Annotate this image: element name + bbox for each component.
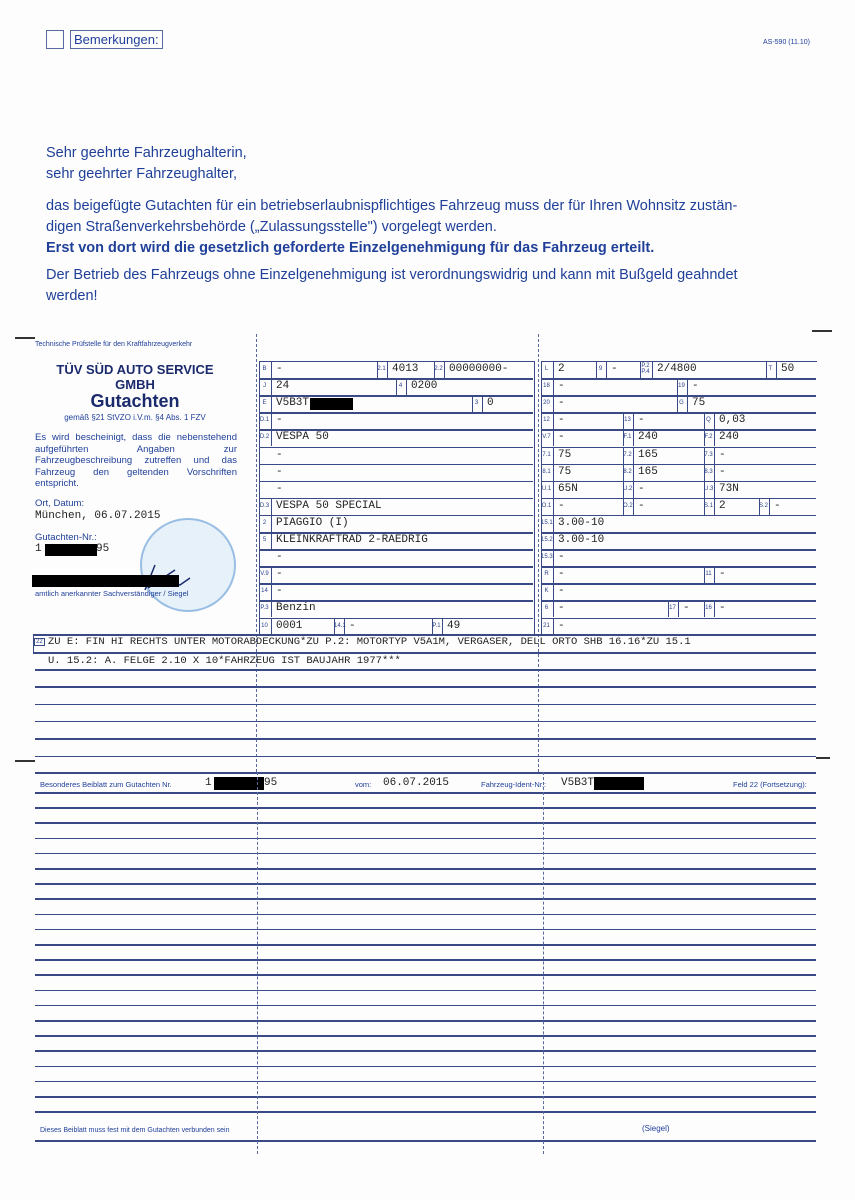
remarks-label: Bemerkungen: [70, 30, 163, 49]
supplement-title: Besonderes Beiblatt zum Gutachten Nr. [40, 780, 172, 789]
field-V-7-value[interactable]: - [558, 431, 565, 443]
field-S-2-value[interactable]: - [774, 500, 781, 512]
row-divider [35, 1140, 816, 1142]
field-V-9-label: V.9 [259, 571, 270, 577]
row-divider [35, 959, 816, 961]
field-J-label: J [259, 383, 270, 389]
separator [538, 334, 539, 772]
field-15-3-value[interactable]: - [558, 551, 565, 563]
separator [257, 772, 258, 1154]
place-date-label: Ort, Datum: [35, 498, 84, 509]
field-9-value[interactable]: - [611, 363, 618, 375]
field-U-2-value[interactable]: - [638, 483, 645, 495]
field-7-3-label: 7.3 [704, 452, 713, 458]
row-divider [35, 704, 816, 706]
supplement-footer-note: Dieses Beiblatt muss fest mit dem Gutach… [40, 1127, 229, 1134]
row-divider [35, 838, 816, 840]
row-divider [541, 464, 816, 466]
field22-box [33, 634, 34, 652]
row-divider [35, 686, 816, 688]
letter-para2-line2: werden! [46, 286, 826, 307]
field-J-value[interactable]: 24 [276, 380, 289, 392]
row-divider [35, 974, 816, 976]
field-E-label: E [259, 400, 270, 406]
field-7-2-value[interactable]: 165 [638, 449, 658, 461]
field-K-value[interactable]: - [558, 585, 565, 597]
field-P-3-label: P.3 [259, 605, 270, 611]
field-D-1-value[interactable]: - [276, 414, 283, 426]
field-8-3-value[interactable]: - [719, 466, 726, 478]
field-P-3-value[interactable]: Benzin [276, 602, 316, 614]
field-8-1-label: 8.1 [541, 469, 552, 475]
field-F-1-label: F.1 [623, 434, 632, 440]
redaction [45, 544, 97, 556]
field-7-1-value[interactable]: 75 [558, 449, 571, 461]
field-2-2-label: 2.2 [434, 366, 443, 372]
field-17-value[interactable]: - [683, 602, 690, 614]
redaction [594, 777, 644, 790]
field-16-value[interactable]: - [719, 602, 726, 614]
field-0-2-label: O.2 [623, 503, 632, 509]
field-18-label: 18 [541, 383, 552, 389]
field-T-label: T [766, 366, 775, 372]
field-16-label: 16 [704, 605, 713, 611]
certificate-title: Gutachten [35, 391, 235, 412]
field-9-label: 9 [596, 366, 605, 372]
letter-para1-line1: das beigefügte Gutachten für ein betrieb… [46, 196, 826, 217]
field-21-value[interactable]: - [558, 620, 565, 632]
field-13-label: 13 [623, 417, 632, 423]
field-2-1-value[interactable]: 4013 [392, 363, 418, 375]
company-line-1: TÜV SÜD AUTO SERVICE [35, 362, 235, 377]
field-P-1-value[interactable]: 49 [447, 620, 460, 632]
field-0-2-value[interactable]: - [638, 500, 645, 512]
report-no-suffix: 95 [96, 543, 109, 555]
place-date-value: München, 06.07.2015 [35, 510, 160, 522]
field-15-1-value[interactable]: 3.00-10 [558, 517, 604, 529]
row-divider [259, 583, 533, 585]
field-U-2-label: U.2 [623, 486, 632, 492]
field-S-1-label: S.1 [704, 503, 713, 509]
field22-line1[interactable]: ZU E: FIN HI RECHTS UNTER MOTORABDECKUNG… [48, 636, 691, 648]
field-14-label: 14 [259, 588, 270, 594]
row-divider [35, 990, 816, 992]
row-divider [35, 1066, 816, 1068]
row-divider [541, 447, 816, 449]
row-divider [35, 721, 816, 723]
field-8-2-value[interactable]: 165 [638, 466, 658, 478]
field-R-label: R [541, 571, 552, 577]
company-name: TÜV SÜD AUTO SERVICE GMBH [35, 362, 235, 392]
row-divider [259, 447, 533, 449]
legal-basis: gemäß §21 StVZO i.V.m. §4 Abs. 1 FZV [35, 413, 235, 422]
row-divider [541, 566, 816, 568]
redaction [310, 398, 353, 410]
fold-mark [15, 760, 35, 762]
field-2-2-value[interactable]: 00000000- [449, 363, 508, 375]
field-3-value[interactable]: 0 [487, 397, 494, 409]
row-divider [541, 549, 816, 551]
field-D_2-value-1[interactable]: - [276, 449, 283, 461]
supplement-seal-label: (Siegel) [642, 1124, 670, 1133]
field-R-value[interactable]: - [558, 568, 565, 580]
certificate-statement: Es wird bescheinigt, dass die nebenstehe… [35, 432, 237, 490]
field-5-label: 5 [259, 537, 270, 543]
field-S-2-label: S.2 [759, 503, 768, 509]
letter-para1-bold: Erst von dort wird die gesetzlich geford… [46, 238, 826, 259]
field-K-label: K [541, 588, 552, 594]
field-14-value[interactable]: - [276, 585, 283, 597]
field-D_2-value-3[interactable]: - [276, 483, 283, 495]
field-6-label: 6 [541, 605, 552, 611]
fold-mark [812, 330, 832, 332]
org-line: Technische Prüfstelle für den Kraftfahrz… [35, 341, 192, 348]
row-divider [35, 756, 816, 758]
field-19-value[interactable]: - [692, 380, 699, 392]
field-D-1-label: D.1 [259, 417, 270, 423]
supplement-vin-prefix: V5B3T [561, 777, 594, 789]
field-15-2-value[interactable]: 3.00-10 [558, 534, 604, 546]
row-divider [35, 822, 816, 824]
field-4-value[interactable]: 0200 [411, 380, 437, 392]
field-U-3-label: U.3 [704, 486, 713, 492]
field-G-label: G [677, 400, 686, 406]
form-code: AS-590 (11.10) [763, 39, 810, 46]
field-20-value[interactable]: - [558, 397, 565, 409]
field22-line2[interactable]: U. 15.2: A. FELGE 2.10 X 10*FAHRZEUG IST… [48, 655, 401, 667]
field-B-value[interactable]: - [276, 363, 283, 375]
field-L-value[interactable]: 2 [558, 363, 565, 375]
field-4-label: 4 [396, 383, 405, 389]
row-divider [35, 853, 816, 855]
field-14-1-value[interactable]: - [349, 620, 356, 632]
fold-mark [816, 757, 830, 759]
field-20-label: 20 [541, 400, 552, 406]
field-17-label: 17 [668, 605, 677, 611]
field-0-1-label: O.1 [541, 503, 552, 509]
field-21-label: 21 [541, 623, 552, 629]
supplement-report-suffix: 95 [264, 777, 277, 789]
row-divider [259, 412, 533, 414]
field-D-2-value[interactable]: VESPA 50 [276, 431, 329, 443]
field-10-label: 10 [259, 623, 270, 629]
separator [256, 334, 257, 772]
rule [33, 652, 816, 654]
row-divider [541, 618, 816, 620]
field-18-value[interactable]: - [558, 380, 565, 392]
row-divider [541, 429, 816, 431]
salutation-1: Sehr geehrte Fahrzeughalterin, [46, 143, 826, 164]
supplement-vin-label: Fahrzeug-Ident-Nr.: [481, 780, 546, 789]
field-8-2-label: 8.2 [623, 469, 632, 475]
company-line-2: GMBH [35, 377, 235, 392]
expert-label: amtlich anerkannter Sachverständiger / S… [35, 589, 188, 598]
field-P2-P4-value[interactable]: 2/4800 [657, 363, 697, 375]
field-7-2-label: 7.2 [623, 452, 632, 458]
row-divider [35, 1096, 816, 1098]
field-Q-value[interactable]: 0,03 [719, 414, 745, 426]
field-D-3-value[interactable]: VESPA 50 SPECIAL [276, 500, 382, 512]
field-V-7-label: V.7 [541, 434, 552, 440]
field-12-label: 12 [541, 417, 552, 423]
field-7-1-label: 7.1 [541, 452, 552, 458]
field-15-1-label: 15.1 [541, 520, 552, 526]
row-divider [259, 464, 533, 466]
field-8-3-label: 8.3 [704, 469, 713, 475]
field-E-value[interactable]: V5B3T [276, 397, 309, 409]
row-divider [35, 914, 816, 916]
row-divider [35, 807, 816, 809]
field-S-1-value[interactable]: 2 [719, 500, 726, 512]
field-15-2-label: 15.2 [541, 537, 552, 543]
field-V-9-value[interactable]: - [276, 568, 283, 580]
field-T-value[interactable]: 50 [781, 363, 794, 375]
salutation-2: sehr geehrter Fahrzeughalter, [46, 164, 826, 185]
field-L-label: L [541, 366, 552, 372]
row-divider [35, 883, 816, 885]
field-B-label: B [259, 366, 270, 372]
field-5-value-1[interactable]: - [276, 551, 283, 563]
field-P2-P4-label: P.2 P.4 [640, 363, 651, 375]
row-divider [35, 1020, 816, 1022]
row-divider [541, 583, 816, 585]
letter-para2-line1: Der Betrieb des Fahrzeugs ohne Einzelgen… [46, 265, 826, 286]
remarks-checkbox[interactable] [46, 30, 64, 49]
supplement-report-prefix: 1 [205, 777, 212, 789]
field-G-value[interactable]: 75 [692, 397, 705, 409]
field-8-1-value[interactable]: 75 [558, 466, 571, 478]
field-F-1-value[interactable]: 240 [638, 431, 658, 443]
field-D-2-label: D.2 [259, 434, 270, 440]
supplement-date-label: vom: [355, 780, 371, 789]
field-P-1-label: P.1 [432, 623, 441, 629]
field-6-value[interactable]: - [558, 602, 565, 614]
field-13-value[interactable]: - [638, 414, 645, 426]
report-no-label: Gutachten-Nr.: [35, 532, 97, 543]
row-divider [35, 1050, 816, 1052]
row-divider [35, 1005, 816, 1007]
field-U-3-value[interactable]: 73N [719, 483, 739, 495]
row-divider [35, 1035, 816, 1037]
field-11-value[interactable]: - [719, 568, 726, 580]
field-11-label: 11 [704, 571, 713, 577]
supplement-date-value: 06.07.2015 [383, 777, 449, 789]
row-divider [35, 898, 816, 900]
fold-mark [15, 337, 35, 339]
letter-para1-line2: digen Straßenverkehrsbehörde („Zulassung… [46, 217, 826, 238]
row-divider [35, 944, 816, 946]
row-divider [259, 481, 533, 483]
row-divider [541, 412, 816, 414]
row-divider [35, 738, 816, 740]
redaction [32, 575, 179, 587]
field-12-value[interactable]: - [558, 414, 565, 426]
field-2-value[interactable]: PIAGGIO (I) [276, 517, 349, 529]
row-divider [35, 1111, 816, 1113]
row-divider [35, 929, 816, 931]
row-divider [259, 549, 533, 551]
field-Q-label: Q [704, 417, 713, 423]
field-0-1-value[interactable]: - [558, 500, 565, 512]
field-10-value[interactable]: 0001 [276, 620, 302, 632]
field-D_2-value-2[interactable]: - [276, 466, 283, 478]
report-no-prefix: 1 [35, 543, 42, 555]
field-2-1-label: 2.1 [377, 366, 386, 372]
field-14-1-label: 14.1 [334, 623, 343, 629]
field-5-value[interactable]: KLEINKRAFTRAD 2-RAEDRIG [276, 534, 428, 546]
field-15-3-label: 15.3 [541, 554, 552, 560]
field-U-1-value[interactable]: 65N [558, 483, 578, 495]
field-F-2-label: F.2 [704, 434, 713, 440]
field-D-3-label: D.3 [259, 503, 270, 509]
supplement-continuation-label: Feld 22 (Fortsetzung): [733, 780, 807, 789]
row-divider [35, 1081, 816, 1083]
field-2-label: 2 [259, 520, 270, 526]
field-F-2-value[interactable]: 240 [719, 431, 739, 443]
separator [543, 772, 544, 1154]
field22-label: 22 [34, 638, 45, 646]
row-divider [259, 566, 533, 568]
row-divider [35, 669, 816, 671]
row-divider [35, 792, 816, 794]
field-3-label: 3 [472, 400, 481, 406]
field-19-label: 19 [677, 383, 686, 389]
letter: Sehr geehrte Fahrzeughalterin, sehr geeh… [46, 143, 826, 307]
row-divider [35, 772, 816, 774]
row-divider [541, 481, 816, 483]
row-divider [35, 868, 816, 870]
field-U-1-label: U.1 [541, 486, 552, 492]
field-7-3-value[interactable]: - [719, 449, 726, 461]
